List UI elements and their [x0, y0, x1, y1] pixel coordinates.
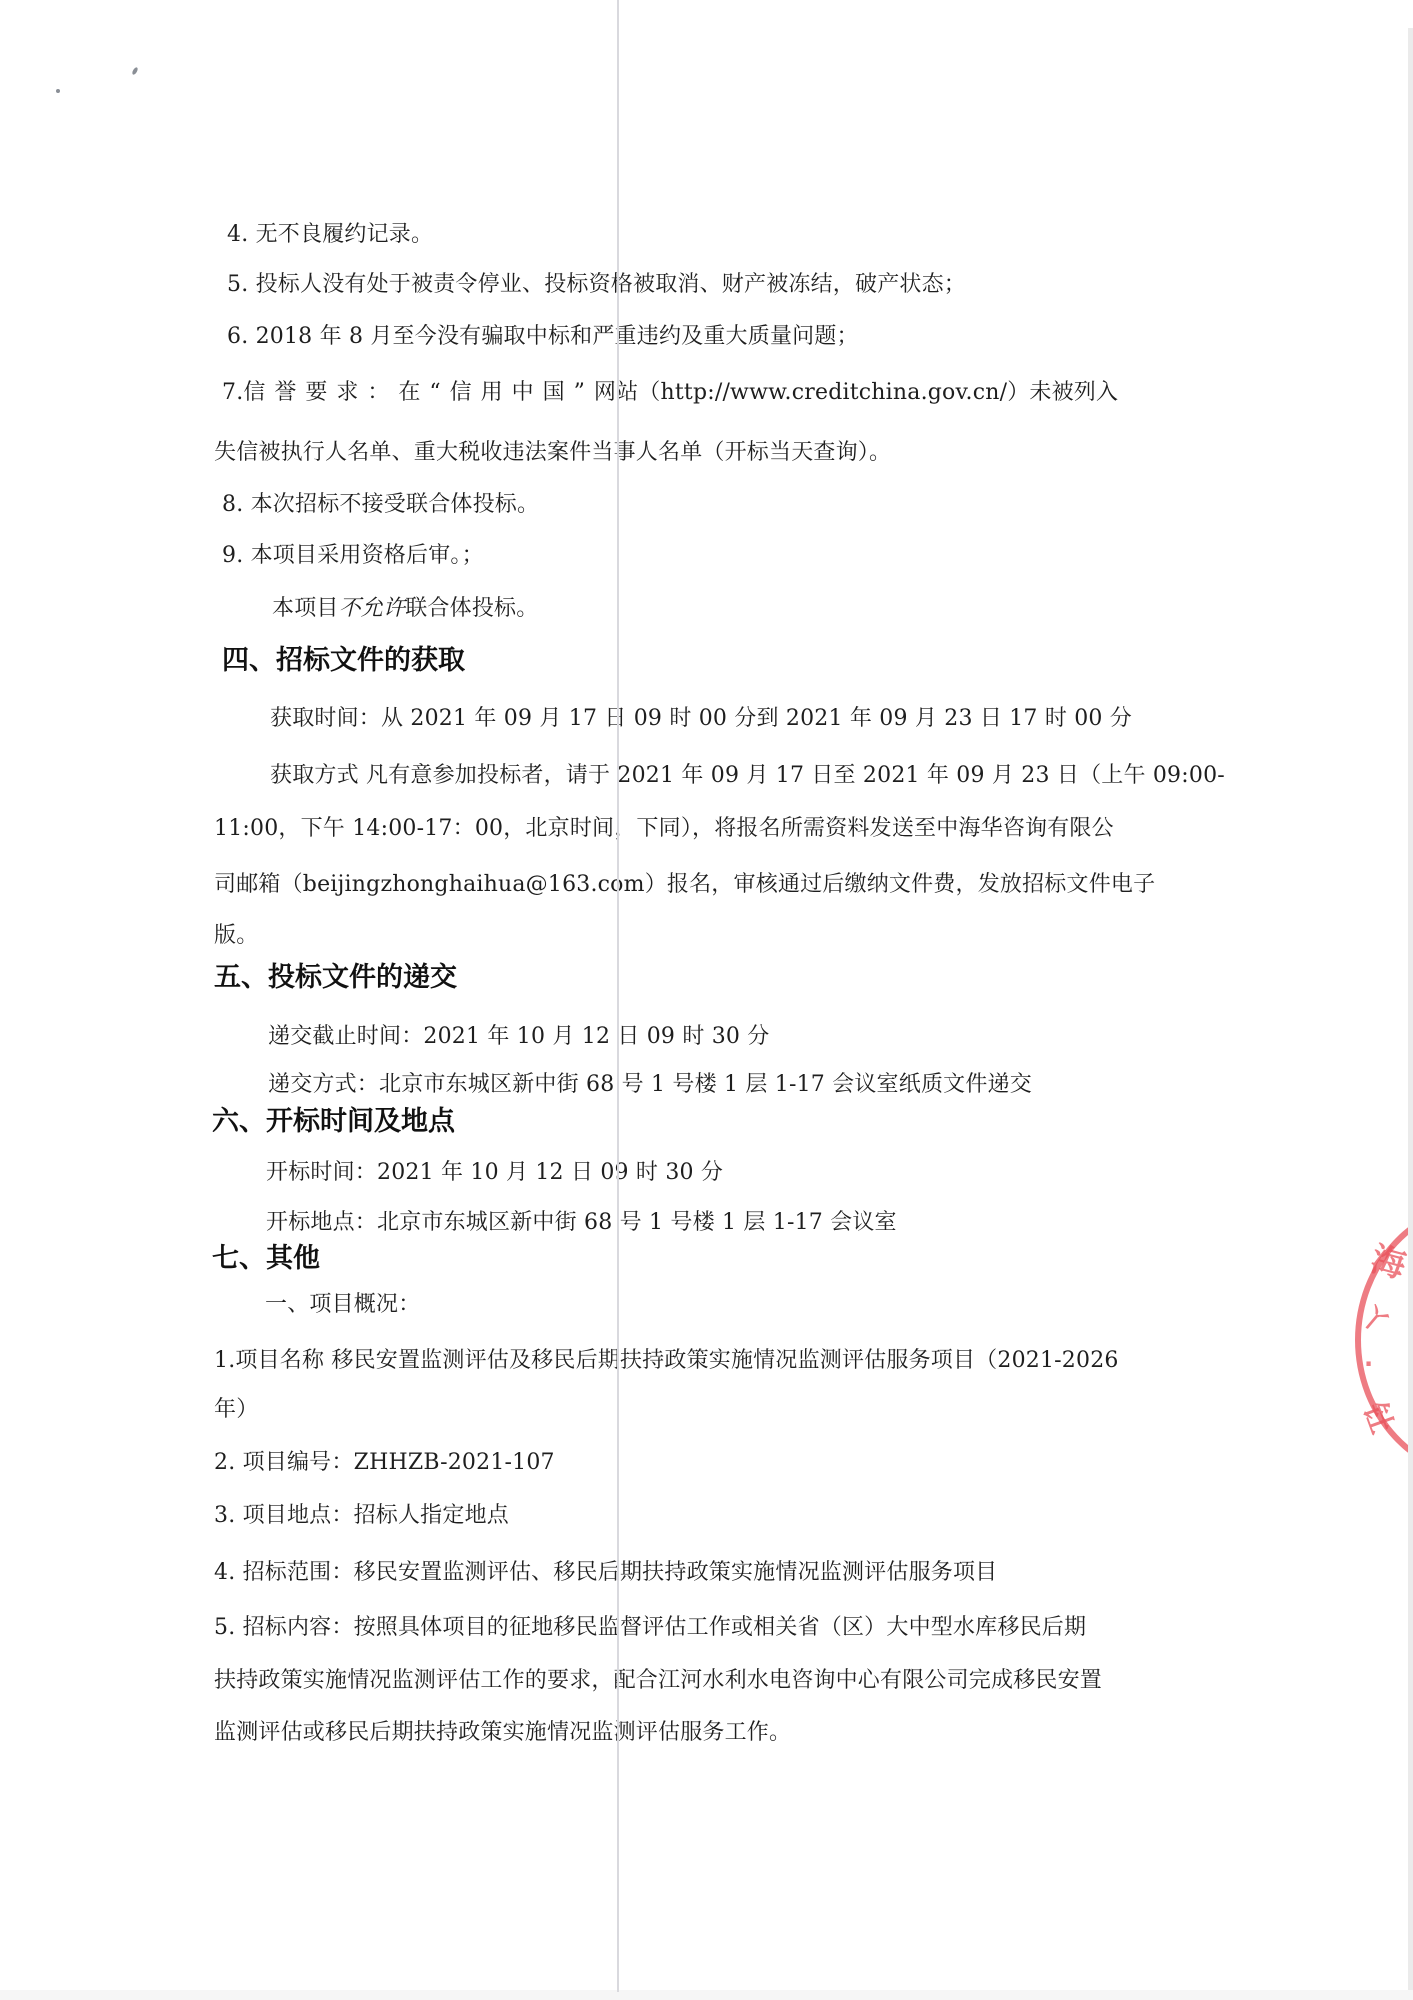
acquisition-method-line-2: 11:00，下午 14:00-17：00，北京时间，下同），将报名所需资料发送至… — [214, 816, 1114, 842]
tender-scope: 4. 招标范围：移民安置监测评估、移民后期扶持政策实施情况监测评估服务项目 — [214, 1560, 997, 1586]
item-text: 失信被执行人名单、重大税收违法案件当事人名单（开标当天查询）。 — [214, 440, 891, 465]
scan-speck — [131, 67, 138, 76]
section-heading-bid-submission: 五、投标文件的递交 — [214, 962, 457, 994]
qualification-item-9: 9. 本项目采用资格后审。； — [222, 543, 484, 569]
section-heading-bid-opening: 六、开标时间及地点 — [212, 1106, 455, 1138]
item-number: 4. — [227, 222, 248, 247]
consortium-note: 本项目不允许联合体投标。 — [272, 596, 538, 622]
project-location: 3. 项目地点：招标人指定地点 — [214, 1503, 509, 1529]
project-name-continued: 年） — [214, 1397, 258, 1423]
scan-speck — [56, 89, 60, 93]
item-text: 本次招标不接受联合体投标。 — [251, 492, 540, 517]
item-text: 本项目采用资格后审。； — [251, 543, 484, 568]
qualification-item-7-continued: 失信被执行人名单、重大税收违法案件当事人名单（开标当天查询）。 — [214, 440, 891, 466]
scan-fold-line — [617, 0, 619, 1992]
project-overview-subheading: 一、项目概况： — [265, 1292, 420, 1318]
credit-requirement-label: 信誉要求：在“信用中国” — [243, 380, 594, 405]
tender-content-line-1: 5. 招标内容：按照具体项目的征地移民监督评估工作或相关省（区）大中型水库移民后… — [214, 1615, 1086, 1641]
scan-edge-bottom — [0, 1990, 1413, 2000]
document-page: 4. 无不良履约记录。 5. 投标人没有处于被责令停业、投标资格被取消、财产被冻… — [0, 0, 1410, 1990]
item-text: 投标人没有处于被责令停业、投标资格被取消、财产被冻结，破产状态； — [256, 272, 966, 297]
scan-edge-right — [1408, 28, 1413, 2000]
item-number: 8. — [222, 492, 243, 517]
section-heading-other: 七、其他 — [212, 1243, 320, 1275]
seal-char: · — [1364, 1350, 1373, 1378]
section-heading-document-acquisition: 四、招标文件的获取 — [222, 645, 465, 677]
submission-deadline: 递交截止时间：2021 年 10 月 12 日 09 时 30 分 — [268, 1024, 770, 1050]
acquisition-method-line-1: 获取方式 凡有意参加投标者，请于 2021 年 09 月 17 日至 2021 … — [270, 763, 1225, 789]
item-number: 5. — [227, 272, 248, 297]
qualification-item-4: 4. 无不良履约记录。 — [227, 222, 433, 248]
note-emphasis: 不允许 — [339, 596, 406, 621]
project-name: 1.项目名称 移民安置监测评估及移民后期扶持政策实施情况监测评估服务项目（202… — [214, 1348, 1119, 1374]
opening-location: 开标地点：北京市东城区新中街 68 号 1 号楼 1 层 1-17 会议室 — [266, 1210, 897, 1236]
qualification-item-5: 5. 投标人没有处于被责令停业、投标资格被取消、财产被冻结，破产状态； — [227, 272, 966, 298]
acquisition-method-line-4: 版。 — [214, 923, 258, 949]
item-number: 7. — [222, 380, 243, 405]
item-number: 6. — [227, 324, 248, 349]
acquisition-time: 获取时间：从 2021 年 09 月 17 日 09 时 00 分到 2021 … — [270, 706, 1132, 732]
qualification-item-6: 6. 2018 年 8 月至今没有骗取中标和严重违约及重大质量问题； — [227, 324, 859, 350]
project-number: 2. 项目编号：ZHHZB-2021-107 — [214, 1450, 555, 1476]
note-suffix: 联合体投标。 — [405, 596, 538, 621]
opening-time: 开标时间：2021 年 10 月 12 日 09 时 30 分 — [266, 1160, 723, 1186]
tender-content-line-2: 扶持政策实施情况监测评估工作的要求，配合江河水利水电咨询中心有限公司完成移民安置 — [214, 1668, 1102, 1694]
acquisition-method-line-3: 司邮箱（beijingzhonghaihua@163.com）报名，审核通过后缴… — [214, 872, 1155, 898]
item-number: 9. — [222, 543, 243, 568]
tender-content-line-3: 监测评估或移民后期扶持政策实施情况监测评估服务工作。 — [214, 1720, 791, 1746]
item-text: 无不良履约记录。 — [256, 222, 434, 247]
credit-requirement-text: 网站（http://www.creditchina.gov.cn/）未被列入 — [594, 380, 1118, 405]
company-seal: 海 丫 · 钍 — [1300, 1180, 1408, 1510]
note-prefix: 本项目 — [272, 596, 339, 621]
qualification-item-7: 7.信誉要求：在“信用中国”网站（http://www.creditchina.… — [222, 380, 1118, 406]
item-text: 2018 年 8 月至今没有骗取中标和严重违约及重大质量问题； — [256, 324, 859, 349]
submission-method: 递交方式：北京市东城区新中街 68 号 1 号楼 1 层 1-17 会议室纸质文… — [268, 1072, 1032, 1098]
qualification-item-8: 8. 本次招标不接受联合体投标。 — [222, 492, 539, 518]
